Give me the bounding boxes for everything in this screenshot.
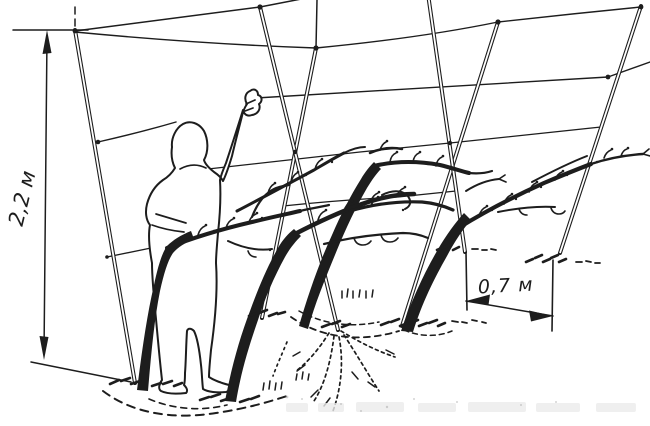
pole-near-3 — [428, 0, 465, 252]
height-dimension: 2,2 м — [4, 7, 131, 382]
illustration-canvas: 2,2 м 0,7 м — [0, 0, 650, 426]
vine-trunk-3 — [299, 162, 381, 329]
feet-mound-dashed — [103, 391, 290, 416]
up-arrowhead — [43, 30, 52, 54]
pole-top-stub — [316, 0, 317, 48]
grass-tufts — [263, 289, 373, 390]
right-arrowhead — [529, 311, 553, 322]
down-arrowhead — [40, 336, 49, 360]
spacing-dimension: 0,7 м — [466, 252, 553, 331]
scan-watermark-strip — [286, 396, 636, 412]
pole-near-left — [75, 30, 135, 383]
trellis-illustration: 2,2 м 0,7 м — [0, 0, 650, 426]
vine-trunk-4 — [401, 213, 471, 332]
spacing-dimension-label: 0,7 м — [477, 274, 534, 299]
feet-mound-inner — [149, 399, 227, 409]
root-system — [273, 331, 395, 411]
extension-line-bottom — [31, 362, 131, 382]
dimension-line-vertical — [44, 36, 47, 354]
height-dimension-label: 2,2 м — [4, 168, 41, 228]
tick-right — [552, 260, 553, 331]
